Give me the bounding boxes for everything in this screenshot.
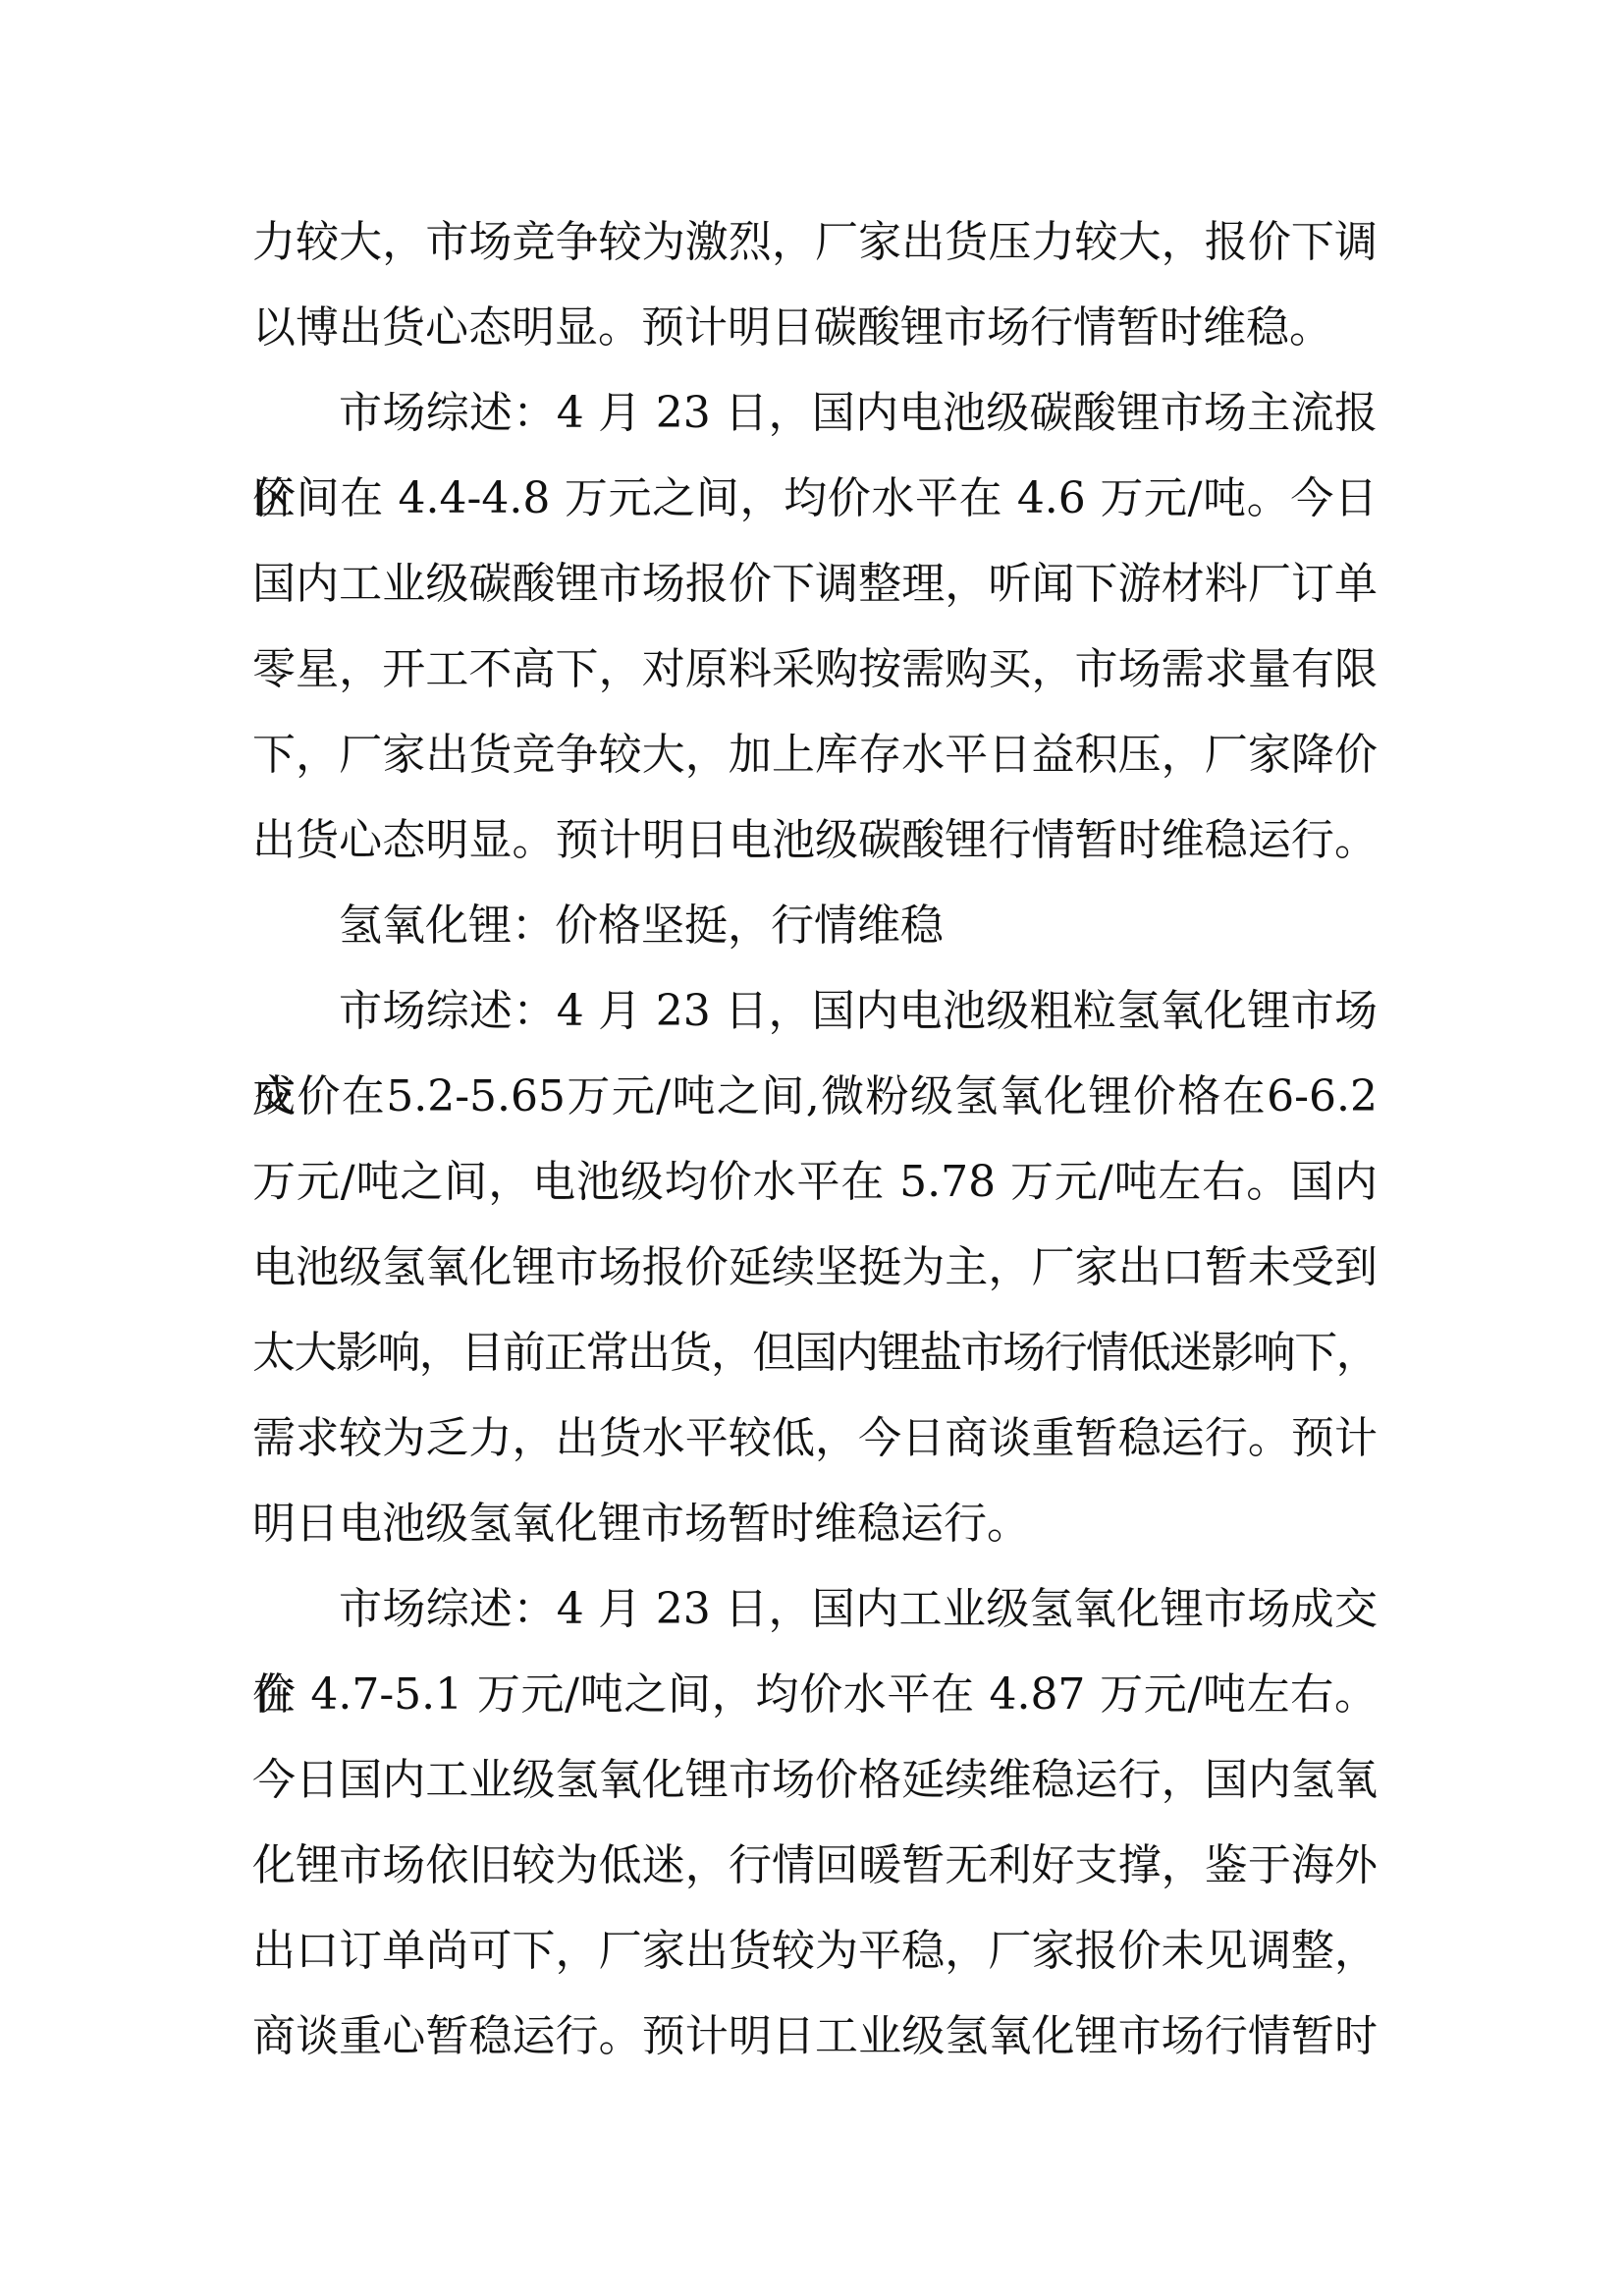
text-line: 下，厂家出货竞争较大，加上库存水平日益积压，厂家降价 — [252, 712, 1378, 797]
text-line: 商谈重心暂稳运行。预计明日工业级氢氧化锂市场行情暂时 — [252, 1994, 1378, 2079]
document-page: 力较大，市场竞争较为激烈，厂家出货压力较大，报价下调 以博出货心态明显。预计明日… — [0, 0, 1623, 2296]
text-line: 市场综述：4 月 23 日，国内电池级粗粒氢氧化锂市场成 — [252, 968, 1378, 1054]
text-line: 区间在 4.4-4.8 万元之间，均价水平在 4.6 万元/吨。今日 — [252, 456, 1378, 541]
text-line: 在 4.7-5.1 万元/吨之间，均价水平在 4.87 万元/吨左右。 — [252, 1652, 1378, 1737]
text-line: 电池级氢氧化锂市场报价延续坚挺为主，厂家出口暂未受到 — [252, 1225, 1378, 1310]
text-line: 零星，开工不高下，对原料采购按需购买，市场需求量有限 — [252, 627, 1378, 712]
text-line: 化锂市场依旧较为低迷，行情回暖暂无利好支撑，鉴于海外 — [252, 1823, 1378, 1908]
text-line: 国内工业级碳酸锂市场报价下调整理，听闻下游材料厂订单 — [252, 541, 1378, 627]
text-line: 交价在5.2-5.65万元/吨之间,微粉级氢氧化锂价格在6-6.2 — [252, 1054, 1378, 1139]
text-line: 太大影响，目前正常出货，但国内锂盐市场行情低迷影响下， — [252, 1310, 1378, 1395]
text-block: 力较大，市场竞争较为激烈，厂家出货压力较大，报价下调 以博出货心态明显。预计明日… — [252, 199, 1378, 2079]
text-line: 今日国内工业级氢氧化锂市场价格延续维稳运行，国内氢氧 — [252, 1737, 1378, 1823]
text-line: 市场综述：4 月 23 日，国内电池级碳酸锂市场主流报价 — [252, 370, 1378, 456]
text-line: 出货心态明显。预计明日电池级碳酸锂行情暂时维稳运行。 — [252, 797, 1378, 883]
text-line: 万元/吨之间，电池级均价水平在 5.78 万元/吨左右。国内 — [252, 1139, 1378, 1225]
section-heading: 氢氧化锂：价格坚挺，行情维稳 — [252, 883, 1378, 968]
text-line: 市场综述：4 月 23 日，国内工业级氢氧化锂市场成交价 — [252, 1566, 1378, 1652]
text-line: 出口订单尚可下，厂家出货较为平稳，厂家报价未见调整， — [252, 1908, 1378, 1994]
text-line: 明日电池级氢氧化锂市场暂时维稳运行。 — [252, 1481, 1378, 1566]
text-line: 需求较为乏力，出货水平较低，今日商谈重暂稳运行。预计 — [252, 1395, 1378, 1481]
text-line: 以博出货心态明显。预计明日碳酸锂市场行情暂时维稳。 — [252, 285, 1378, 370]
text-line: 力较大，市场竞争较为激烈，厂家出货压力较大，报价下调 — [252, 199, 1378, 285]
